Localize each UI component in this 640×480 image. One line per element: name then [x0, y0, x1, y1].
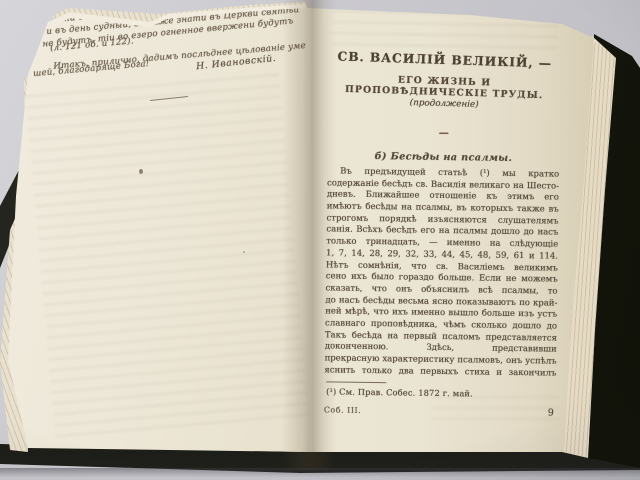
- left-page-bleedthrough: [25, 74, 310, 445]
- footnote: (¹) См. Прав. Собес. 1872 г. май.: [326, 386, 554, 399]
- body-line: яснить только два первыхъ стиха и законч…: [324, 365, 556, 380]
- page-footer-row: Соб. III. 9: [324, 404, 554, 418]
- gutter-shadow: [282, 0, 336, 470]
- section-divider-dash: —: [328, 126, 560, 140]
- right-page-bleedthrough: [332, 10, 559, 54]
- ink-speck: [139, 169, 143, 174]
- ink-speck: [243, 251, 245, 253]
- faint-header-page-number: [416, 2, 442, 11]
- book-floor-shadow: [0, 468, 640, 480]
- body-paragraph: Въ предъидущей статьѣ (¹) мы кратко разо…: [324, 166, 559, 380]
- photo-of-open-book: шіи съ Ноемъ въ ковчезѣ по баху истопоша…: [0, 0, 640, 480]
- page-number: 9: [548, 407, 554, 418]
- section-heading: б) Бесѣды на псалмы.: [327, 150, 559, 164]
